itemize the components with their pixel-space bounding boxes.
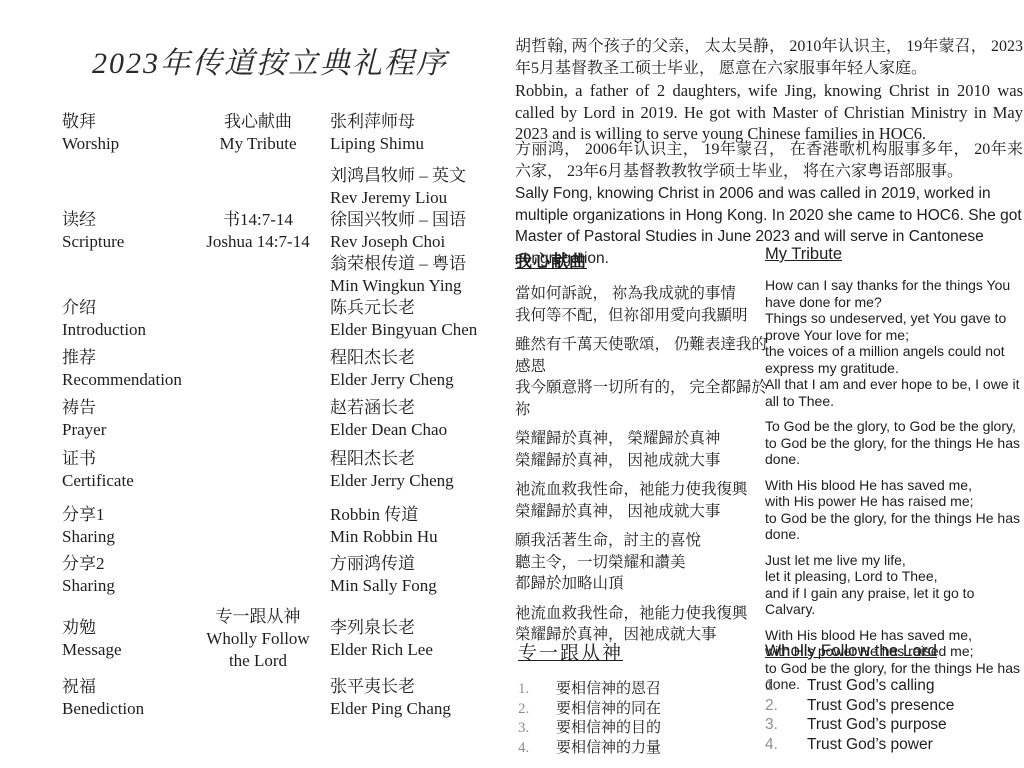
program-item-label: 劝勉Message	[62, 617, 205, 661]
program-item-presenter: 张利萍师母Liping Shimu	[330, 111, 505, 155]
hymn-stanza: With His blood He has saved me,with His …	[765, 477, 1024, 543]
hymn-stanza: Just let me live my life,let it pleasing…	[765, 552, 1024, 618]
outline-item-text: Trust God’s calling	[807, 676, 935, 696]
outline-item-number: 4.	[765, 735, 807, 755]
bio-robbin-chinese: 胡哲翰, 两个孩子的父亲， 太太吴静， 2010年认识主， 19年蒙召， 202…	[515, 36, 1023, 80]
program-item-label: 证书Certificate	[62, 448, 205, 492]
hymn-stanza: 榮耀歸於真神， 榮耀歸於真神榮耀歸於真神， 因祂成就大事	[515, 428, 767, 471]
program-item-label: 分享2Sharing	[62, 553, 205, 597]
hymn-stanza: 當如何訴說， 祢為我成就的事情我何等不配，但祢卻用愛向我顯明	[515, 283, 767, 326]
outline-item-number: 3.	[518, 719, 556, 739]
program-row-message: 劝勉Message 专一跟从神Wholly Follow the Lord 李列…	[62, 603, 505, 675]
program-item-label: 祝福Benediction	[62, 676, 205, 720]
hymn-stanza: To God be the glory, to God be the glory…	[765, 418, 1024, 468]
outline-item-text: Trust God’s purpose	[807, 715, 947, 735]
bio-robbin: 胡哲翰, 两个孩子的父亲， 太太吴静， 2010年认识主， 19年蒙召， 202…	[515, 36, 1023, 145]
program-row-scripture: 读经Scripture 书14:7-14Joshua 14:7-14 刘鸿昌牧师…	[62, 164, 505, 298]
program-item-label: 介绍Introduction	[62, 297, 205, 341]
program-row-sharing-1: 分享1Sharing Robbin 传道Min Robbin Hu	[62, 504, 505, 548]
outline-item: 1. Trust God’s calling	[765, 676, 1017, 696]
hymn-stanza: How can I say thanks for the things You …	[765, 277, 1024, 409]
program-item-detail: 我心献曲My Tribute	[205, 111, 311, 155]
outline-item: 4. 要相信神的力量	[518, 739, 763, 759]
outline-item: 4. Trust God’s power	[765, 735, 1017, 755]
outline-item: 1. 要相信神的恩召	[518, 680, 763, 700]
program-row-recommendation: 推荐Recommendation 程阳杰长老Elder Jerry Cheng	[62, 347, 505, 391]
program-item-detail: 书14:7-14Joshua 14:7-14	[205, 209, 311, 253]
program-item-presenter: 赵若涵长老Elder Dean Chao	[330, 397, 505, 441]
program-item-presenter: 张平夷长老Elder Ping Chang	[330, 676, 505, 720]
outline-item: 3. Trust God’s purpose	[765, 715, 1017, 735]
outline-item-number: 4.	[518, 739, 556, 759]
program-item-presenter: 程阳杰长老Elder Jerry Cheng	[330, 347, 505, 391]
hymn-chinese-column: 我心献曲 當如何訴說， 祢為我成就的事情我何等不配，但祢卻用愛向我顯明 雖然有千…	[515, 247, 767, 654]
outline-item: 3. 要相信神的目的	[518, 719, 763, 739]
program-row-benediction: 祝福Benediction 张平夷长老Elder Ping Chang	[62, 676, 505, 720]
program-item-label: 祷告Prayer	[62, 397, 205, 441]
program-item-presenter: 方丽鸿传道Min Sally Fong	[330, 553, 505, 597]
outline-item-text: 要相信神的目的	[556, 719, 661, 739]
ordination-program-page: 2023年传道按立典礼程序 敬拜Worship 我心献曲My Tribute 张…	[0, 0, 1024, 768]
outline-english-section: Wholly Follow the Lord 1. Trust God’s ca…	[765, 641, 1017, 754]
program-item-presenter: Robbin 传道Min Robbin Hu	[330, 504, 505, 548]
outline-item: 2. 要相信神的同在	[518, 700, 763, 720]
program-item-presenter: 李列泉长老Elder Rich Lee	[330, 617, 505, 661]
program-item-presenter: 刘鸿昌牧师 – 英文Rev Jeremy Liou徐国兴牧师 – 国语Rev J…	[330, 165, 505, 297]
outline-item-number: 3.	[765, 715, 807, 735]
outline-item-text: Trust God’s presence	[807, 696, 954, 716]
program-item-label: 推荐Recommendation	[62, 347, 205, 391]
program-row-introduction: 介绍Introduction 陈兵元长老Elder Bingyuan Chen	[62, 297, 505, 341]
outline-item-number: 2.	[765, 696, 807, 716]
program-item-presenter: 陈兵元长老Elder Bingyuan Chen	[330, 297, 505, 341]
program-item-presenter: 程阳杰长老Elder Jerry Cheng	[330, 448, 505, 492]
outline-item-text: 要相信神的力量	[556, 739, 661, 759]
hymn-stanza: 祂流血救我性命，祂能力使我復興榮耀歸於真神， 因祂成就大事	[515, 479, 767, 522]
outline-item-number: 1.	[765, 676, 807, 696]
hymn-english-column: My Tribute How can I say thanks for the …	[765, 245, 1024, 702]
outline-english-heading: Wholly Follow the Lord	[765, 641, 1017, 661]
program-item-detail: 专一跟从神Wholly Follow the Lord	[205, 606, 311, 672]
program-row-prayer: 祷告Prayer 赵若涵长老Elder Dean Chao	[62, 397, 505, 441]
outline-item-number: 2.	[518, 700, 556, 720]
program-row-sharing-2: 分享2Sharing 方丽鸿传道Min Sally Fong	[62, 553, 505, 597]
program-schedule: 敬拜Worship 我心献曲My Tribute 张利萍师母Liping Shi…	[0, 0, 512, 768]
program-item-label: 敬拜Worship	[62, 111, 205, 155]
hymn-stanza: 願我活著生命，討主的喜悅聽主令，一切榮耀和讚美都歸於加略山頂	[515, 530, 767, 595]
program-row-worship: 敬拜Worship 我心献曲My Tribute 张利萍师母Liping Shi…	[62, 111, 505, 155]
outline-item-number: 1.	[518, 680, 556, 700]
outline-chinese-heading: 专一跟从神	[518, 638, 763, 665]
hymn-chinese-heading: 我心献曲	[515, 247, 767, 272]
outline-chinese-section: 专一跟从神 1. 要相信神的恩召 2. 要相信神的同在 3. 要相信神的目的 4…	[518, 638, 763, 758]
outline-item: 2. Trust God’s presence	[765, 696, 1017, 716]
program-item-label: 分享1Sharing	[62, 504, 205, 548]
hymn-stanza: 雖然有千萬天使歌頌， 仍難表達我的感恩我今願意將一切所有的， 完全都歸於祢	[515, 334, 767, 420]
outline-item-text: 要相信神的同在	[556, 700, 661, 720]
outline-item-text: 要相信神的恩召	[556, 680, 661, 700]
program-item-label: 读经Scripture	[62, 209, 205, 253]
outline-item-text: Trust God’s power	[807, 735, 933, 755]
bio-sally-chinese: 方丽鸿， 2006年认识主， 19年蒙召， 在香港歌机构服事多年， 20年来六家…	[515, 139, 1023, 183]
program-row-certificate: 证书Certificate 程阳杰长老Elder Jerry Cheng	[62, 448, 505, 492]
bio-robbin-english: Robbin, a father of 2 daughters, wife Ji…	[515, 80, 1023, 145]
hymn-english-heading: My Tribute	[765, 245, 1024, 264]
